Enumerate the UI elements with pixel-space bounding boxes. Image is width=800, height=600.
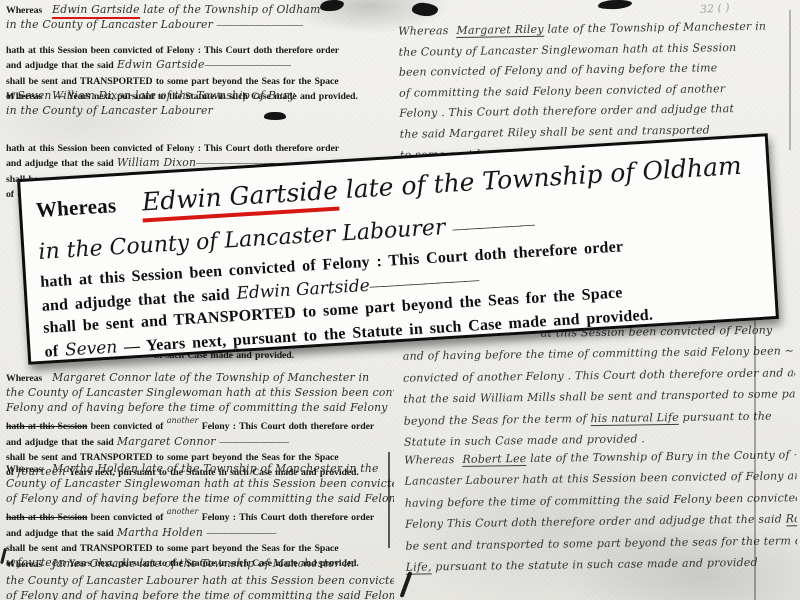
text-segment: Felony : This Court doth therefore order: [198, 512, 374, 523]
text-line: County of Lancaster Singlewoman hath at …: [6, 476, 394, 490]
fill-in-rule: ——————————: [217, 20, 302, 31]
text-segment: in the County of Lancaster Labourer: [6, 104, 213, 117]
fill-in-rule: ————————: [207, 528, 275, 539]
text-segment: Seven: [64, 337, 117, 360]
text-line: WhereasMargaret Connor late of the Towns…: [6, 370, 394, 385]
text-segment: Whereas: [6, 464, 42, 475]
text-segment: Whereas: [6, 373, 42, 384]
text-segment: late of the Township of Manchester in: [544, 20, 767, 36]
text-segment: Martha Holden late of the Township of Ma…: [52, 462, 378, 475]
underlined-phrase: his natural Life: [590, 411, 679, 426]
column-divider-line: [388, 452, 390, 548]
james-cheadle-record: WhereasJames Cheadle late of the Townshi…: [6, 556, 394, 600]
text-line: WhereasJames Cheadle late of the Townshi…: [6, 556, 394, 573]
text-line: in the County of Lancaster Labourer: [6, 103, 394, 117]
text-line: hath at this Session been convicted of F…: [6, 42, 394, 57]
text-segment: pursuant to the statute in such case mad…: [432, 556, 758, 574]
text-segment: pursuant to the: [679, 409, 772, 423]
struck-out-text: hath at this Session: [6, 421, 87, 432]
text-segment: Whereas: [404, 453, 454, 467]
text-segment: hath at this Session been convicted of F…: [6, 45, 339, 56]
text-segment: shall be sent and TRANSPORTED to some pa…: [6, 543, 339, 554]
text-segment: been convicted of: [87, 421, 166, 432]
highlighted-name-red-underline: Edwin Gartside: [141, 176, 339, 223]
text-segment: having before the time of committing the…: [405, 490, 798, 509]
text-segment: James Cheadle late of the Township of Ma…: [52, 557, 354, 570]
text-segment: Felony . This Court doth therefore order…: [399, 102, 734, 120]
text-segment: Whereas: [6, 5, 42, 16]
text-line: shall be sent and TRANSPORTED to some pa…: [6, 73, 394, 88]
text-segment: Margaret Connor late of the Township of …: [52, 371, 369, 384]
text-segment: and adjudge that the said: [6, 158, 117, 169]
text-segment: late of the Township of Oldham: [337, 151, 742, 205]
text-segment: late of the Township of Oldham: [140, 3, 321, 16]
text-line: Felony and of having before the time of …: [6, 400, 394, 414]
text-segment: Felony This Court doth therefore order a…: [405, 513, 786, 531]
text-line: hath at this Session been convicted of a…: [6, 505, 394, 524]
document-scan: 32 ( ) WhereasEdwin Gartside late of the…: [0, 0, 800, 600]
text-segment: that the said William Mills shall be sen…: [403, 387, 798, 406]
text-segment: late of the Township of Bury in the Coun…: [526, 448, 798, 465]
text-segment: of Felony and of having before the time …: [6, 589, 394, 600]
text-segment: and of having before the time of committ…: [403, 345, 795, 363]
text-line: of Felony and of having before the time …: [6, 491, 394, 505]
text-segment: beyond the Seas for the term of: [404, 412, 591, 428]
page-edge-line: [754, 296, 756, 600]
text-segment: Felony : This Court doth therefore order: [198, 421, 374, 432]
text-line: hath at this Session been convicted of a…: [6, 414, 394, 433]
text-segment: the County of Lancaster Singlewoman hath…: [398, 41, 736, 59]
text-segment: Whereas: [35, 193, 117, 222]
text-segment: Martha Holden: [117, 526, 207, 539]
text-segment: Whereas: [398, 24, 448, 38]
interlineated-word: another: [167, 416, 199, 425]
text-segment: William Dixon late of the Township of Bu…: [52, 89, 295, 102]
william-mills-record: at this Session been convicted of Felony…: [402, 319, 796, 453]
text-segment: of: [44, 342, 65, 360]
fill-in-rule: ————————: [219, 437, 287, 448]
fill-in-rule: ——————————: [205, 60, 290, 71]
text-segment: William Dixon: [117, 156, 196, 169]
text-segment: Whereas: [6, 91, 42, 102]
text-segment: in the County of Lancaster Labourer: [6, 18, 217, 31]
page-edge-line-faint: [789, 10, 791, 150]
robert-lee-record: WhereasRobert Lee late of the Township o…: [404, 444, 798, 578]
text-segment: been convicted of Felony and of having b…: [399, 61, 718, 78]
text-line: hath at this Session been convicted of F…: [6, 140, 394, 155]
text-segment: convicted of another Felony . This Court…: [403, 366, 798, 385]
text-segment: the County of Lancaster Labourer hath at…: [6, 574, 394, 587]
text-line: the County of Lancaster Singlewoman hath…: [6, 385, 394, 399]
text-segment: hath at this Session been convicted of F…: [6, 143, 339, 154]
interlineated-word: another: [167, 507, 199, 516]
text-line: and adjudge that the said Martha Holden …: [6, 525, 394, 540]
text-line: Life, pursuant to the statute in such ca…: [406, 551, 798, 578]
text-line: WhereasWilliam Dixon late of the Townshi…: [6, 88, 394, 103]
text-segment: County of Lancaster Singlewoman hath at …: [6, 477, 394, 490]
underlined-phrase: Margaret Riley: [456, 23, 543, 38]
text-segment: and adjudge that the said: [6, 437, 117, 448]
text-segment: be sent and transported to some part bey…: [405, 534, 798, 553]
text-segment: and adjudge that the said: [6, 528, 117, 539]
text-segment: Lancaster Labourer hath at this Session …: [404, 469, 798, 488]
text-segment: of committing the said Felony been convi…: [399, 82, 725, 100]
text-segment: and adjudge that the said: [6, 60, 117, 71]
text-segment: shall be sent and TRANSPORTED to some pa…: [6, 76, 339, 87]
text-segment: Margaret Connor: [117, 435, 219, 448]
text-line: of Felony and of having before the time …: [6, 588, 394, 600]
text-segment: of Felony and of having before the time …: [6, 492, 394, 505]
text-segment: the said Margaret Riley shall be sent an…: [400, 123, 710, 140]
text-segment: Edwin Gartside: [117, 58, 205, 71]
struck-out-text: hath at this Session: [6, 512, 87, 523]
text-segment: Whereas: [6, 559, 42, 570]
page-number-mark: 32 ( ): [700, 1, 730, 16]
text-segment: the County of Lancaster Singlewoman hath…: [6, 386, 394, 399]
ink-blot: [264, 112, 286, 120]
text-line: WhereasMartha Holden late of the Townshi…: [6, 461, 394, 476]
text-line: in the County of Lancaster Labourer ————…: [6, 17, 394, 32]
text-segment: been convicted of: [87, 512, 166, 523]
text-line: shall be sent and TRANSPORTED to some pa…: [6, 540, 394, 555]
text-line: the County of Lancaster Labourer hath at…: [6, 573, 394, 589]
underlined-phrase: Robert Lee: [462, 452, 526, 467]
text-segment: Felony and of having before the time of …: [6, 401, 388, 414]
fill-in-rule: ——————: [452, 217, 534, 238]
underlined-phrase: Robert Lee shall: [786, 511, 799, 526]
fill-in-rule: ————————: [369, 272, 478, 295]
text-line: and adjudge that the said Edwin Gartside…: [6, 57, 394, 72]
text-line: and adjudge that the said Margaret Conno…: [6, 434, 394, 449]
martha-holden-record: WhereasMartha Holden late of the Townshi…: [6, 461, 394, 571]
text-segment: of: [6, 189, 17, 200]
